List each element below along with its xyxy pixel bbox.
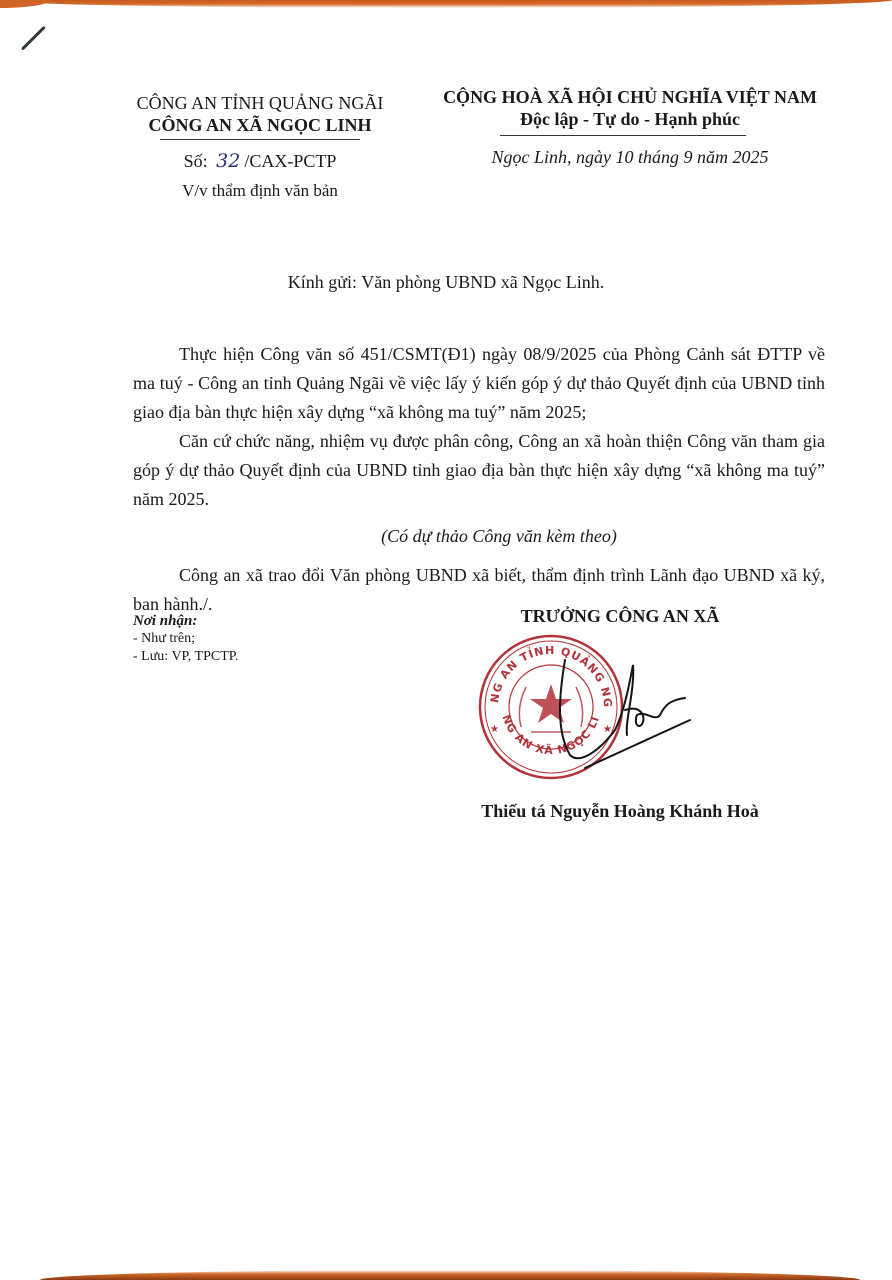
place-date: Ngọc Linh, ngày 10 tháng 9 năm 2025 (410, 146, 850, 168)
recipients-title: Nơi nhận: (133, 612, 239, 630)
paragraph: Căn cứ chức năng, nhiệm vụ được phân côn… (133, 427, 825, 514)
page-edge-corner (0, 0, 50, 8)
agency-name: CÔNG AN XÃ NGỌC LINH (100, 114, 420, 136)
nation-title: CỘNG HOÀ XÃ HỘI CHỦ NGHĨA VIỆT NAM (410, 86, 850, 108)
svg-text:★: ★ (490, 724, 499, 735)
motto-underline (500, 135, 746, 136)
motto: Độc lập - Tự do - Hạnh phúc (410, 108, 850, 130)
attachment-note: (Có dự thảo Công văn kèm theo) (173, 522, 825, 551)
signer-name: Thiếu tá Nguyễn Hoàng Khánh Hoà (440, 801, 800, 822)
number-suffix: /CAX-PCTP (244, 151, 336, 171)
pen-mark (21, 26, 46, 51)
handwritten-signature-icon (555, 650, 695, 770)
signature-title: TRƯỞNG CÔNG AN XÃ (440, 606, 800, 627)
paragraph: Thực hiện Công văn số 451/CSMT(Đ1) ngày … (133, 340, 825, 427)
document-subject: V/v thẩm định văn bản (100, 180, 420, 202)
number-handwritten: 32 (216, 150, 240, 172)
recipient-item: - Như trên; (133, 630, 239, 648)
agency-underline (160, 139, 360, 140)
page-edge-bottom (40, 1270, 860, 1280)
header-right: CỘNG HOÀ XÃ HỘI CHỦ NGHĨA VIỆT NAM Độc l… (410, 86, 850, 168)
page-edge-top (0, 0, 892, 8)
number-prefix: Số: (184, 151, 208, 171)
header-left: CÔNG AN TỈNH QUẢNG NGÃI CÔNG AN XÃ NGỌC … (100, 92, 420, 202)
document-number: Số: 32/CAX-PCTP (100, 150, 420, 172)
recipients-list: Nơi nhận: - Như trên; - Lưu: VP, TPCTP. (133, 612, 239, 666)
agency-parent: CÔNG AN TỈNH QUẢNG NGÃI (100, 92, 420, 114)
recipient-item: - Lưu: VP, TPCTP. (133, 648, 239, 666)
document-body: Thực hiện Công văn số 451/CSMT(Đ1) ngày … (133, 340, 825, 619)
recipient-line: Kính gửi: Văn phòng UBND xã Ngọc Linh. (0, 272, 892, 293)
